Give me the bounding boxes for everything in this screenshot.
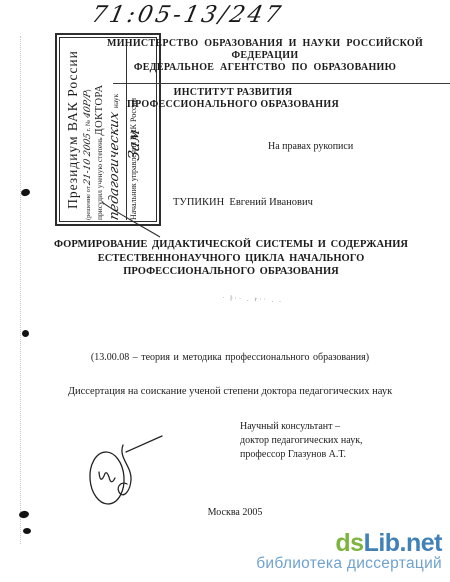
- header-divider-line: [113, 83, 450, 84]
- consultant-line-3: профессор Глазунов А.Т.: [240, 448, 363, 462]
- title-line-2: ЕСТЕСТВЕННОНАУЧНОГО ЦИКЛА НАЧАЛЬНОГО: [25, 252, 437, 266]
- ministry-line: МИНИСТЕРСТВО ОБРАЗОВАНИЯ И НАУКИ РОССИЙС…: [85, 38, 445, 61]
- institute-line: ИНСТИТУТ РАЗВИТИЯ ПРОФЕССИОНАЛЬНОГО ОБРА…: [113, 87, 353, 110]
- agency-line: ФЕДЕРАЛЬНОЕ АГЕНТСТВО ПО ОБРАЗОВАНИЮ: [85, 62, 445, 74]
- ink-blob: [22, 330, 29, 337]
- stamp-handwritten-number: 40Р/Р: [83, 91, 93, 120]
- city-year-line: Москва 2005: [0, 507, 450, 518]
- dslib-watermark: dsLib.net библиотека диссертаций: [256, 531, 442, 572]
- dissertation-title: ФОРМИРОВАНИЕ ДИДАКТИЧЕСКОЙ СИСТЕМЫ И СОД…: [25, 238, 437, 279]
- title-line-1: ФОРМИРОВАНИЕ ДИДАКТИЧЕСКОЙ СИСТЕМЫ И СОД…: [25, 238, 437, 252]
- dslib-subtitle: библиотека диссертаций: [256, 555, 442, 572]
- specialty-code-line: (13.00.08 – теория и методика профессион…: [0, 352, 450, 363]
- author-name: ТУПИКИН Евгений Иванович: [173, 197, 313, 208]
- consultant-block: Научный консультант – доктор педагогичес…: [240, 420, 363, 462]
- dslib-logo-ds: ds: [335, 529, 363, 557]
- dslib-logo-libnet: Lib.net: [364, 529, 442, 557]
- title-line-3: ПРОФЕССИОНАЛЬНОГО ОБРАЗОВАНИЯ: [25, 265, 437, 279]
- stamp-handwritten-date: 21-10 2005: [83, 132, 93, 186]
- header-ministry-block: МИНИСТЕРСТВО ОБРАЗОВАНИЯ И НАУКИ РОССИЙС…: [85, 38, 445, 74]
- scanned-dissertation-title-page: 71:05-13/247 Президиум ВАК России (решен…: [0, 0, 450, 582]
- dslib-logo: dsLib.net: [256, 531, 442, 555]
- ink-blob: [23, 528, 31, 534]
- dissertation-statement: Диссертация на соискание ученой степени …: [0, 386, 450, 397]
- scan-edge-dotted-line: [20, 36, 21, 544]
- handwritten-registration-number: 71:05-13/247: [89, 2, 286, 28]
- consultant-line-2: доктор педагогических наук,: [240, 434, 363, 448]
- author-signature: [78, 430, 170, 512]
- stamp-degree-word: ДОКТОРА: [94, 84, 105, 135]
- stamp-signature-flourish: [98, 198, 166, 240]
- manuscript-rights-note: На правах рукописи: [268, 141, 353, 152]
- consultant-line-1: Научный консультант –: [240, 420, 363, 434]
- ink-blob: [20, 188, 31, 197]
- stamp-signature: Зам: [125, 127, 143, 162]
- stamp-presidium-line: Президиум ВАК России: [63, 39, 81, 220]
- faint-pencil-marks: · ŀ·· . г·· . .: [222, 294, 283, 304]
